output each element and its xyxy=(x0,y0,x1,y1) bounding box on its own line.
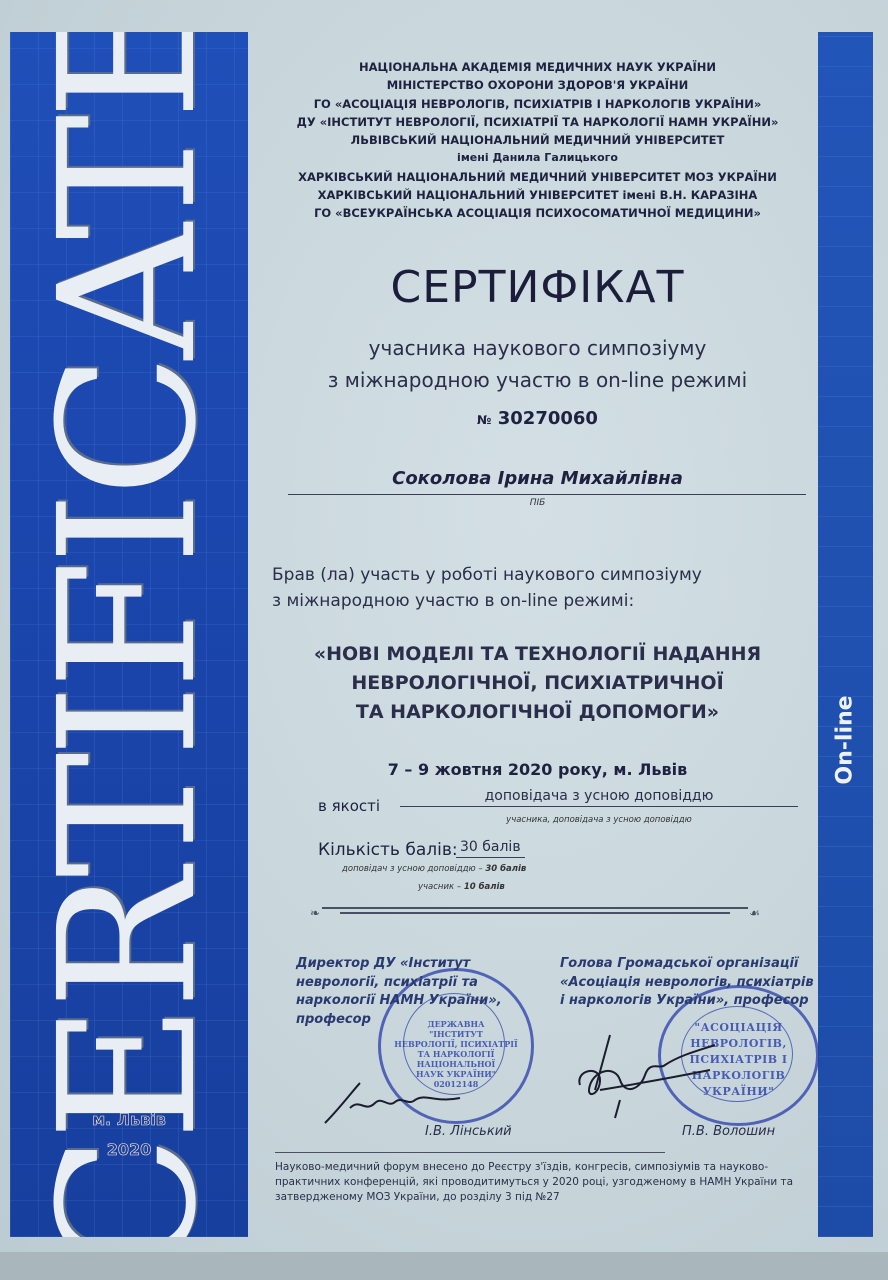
score-hint-points: 30 балів xyxy=(485,864,526,874)
online-label: On-line xyxy=(833,695,858,784)
right-signature xyxy=(570,1030,720,1120)
organization-line: ГО «ВСЕУКРАЇНСЬКА АСОЦІАЦІЯ ПСИХОСОМАТИЧ… xyxy=(260,204,815,222)
organization-line: ХАРКІВСЬКИЙ НАЦІОНАЛЬНИЙ МЕДИЧНИЙ УНІВЕР… xyxy=(260,168,815,186)
event-title: «НОВІ МОДЕЛІ ТА ТЕХНОЛОГІЇ НАДАННЯ НЕВРО… xyxy=(260,640,815,727)
organization-line: МІНІСТЕРСТВО ОХОРОНИ ЗДОРОВ'Я УКРАЇНИ xyxy=(260,76,815,94)
score-hint-text: учасник – xyxy=(418,882,464,892)
organization-line: ЛЬВІВСЬКИЙ НАЦІОНАЛЬНИЙ МЕДИЧНИЙ УНІВЕРС… xyxy=(260,131,815,149)
left-signatory-name: І.В. Лінський xyxy=(425,1124,512,1139)
stamp-line: НЕВРОЛОГІЇ, ПСИХІАТРІЇ xyxy=(381,1039,531,1049)
divider-line xyxy=(322,907,748,909)
participation-statement: Брав (ла) участь у роботі наукового симп… xyxy=(272,562,702,614)
role-label: в якості xyxy=(318,797,380,815)
organization-line: ГО «АСОЦІАЦІЯ НЕВРОЛОГІВ, ПСИХІАТРІВ І Н… xyxy=(260,95,815,113)
subtitle-line: учасника наукового симпозіуму xyxy=(260,332,815,364)
role-hint: учасника, доповідача з усною доповіддю xyxy=(400,815,798,825)
certificate-subtitle: учасника наукового симпозіуму з міжнарод… xyxy=(260,332,815,396)
right-decorative-strip: On-line xyxy=(818,32,873,1237)
divider-flourish-icon: ❧ xyxy=(310,906,320,920)
stamp-line: НАЦІОНАЛЬНОЇ xyxy=(381,1059,531,1069)
name-underline xyxy=(288,494,806,495)
signatory-title-line: професор xyxy=(296,1011,526,1030)
participation-line: Брав (ла) участь у роботі наукового симп… xyxy=(272,562,702,588)
certificate-number: № 30270060 xyxy=(260,408,815,429)
organizations-header: НАЦІОНАЛЬНА АКАДЕМІЯ МЕДИЧНИХ НАУК УКРАЇ… xyxy=(260,58,815,223)
score-value: 30 балів xyxy=(456,839,525,858)
footer-note: Науково-медичний форум внесено до Реєстр… xyxy=(275,1160,815,1205)
right-signatory-title: Голова Громадської організації «Асоціаці… xyxy=(560,955,860,1011)
footer-divider xyxy=(275,1152,665,1153)
event-title-line: «НОВІ МОДЕЛІ ТА ТЕХНОЛОГІЇ НАДАННЯ xyxy=(260,640,815,669)
event-date-place: 7 – 9 жовтня 2020 року, м. Львів xyxy=(260,760,815,779)
participation-line: з міжнародною участю в on-line режимі: xyxy=(272,588,702,614)
signatory-title-line: «Асоціація неврологів, психіатрів xyxy=(560,974,860,993)
signatory-title-line: Голова Громадської організації xyxy=(560,955,860,974)
score-hint-participant: учасник – 10 балів xyxy=(418,882,505,892)
event-title-line: НЕВРОЛОГІЧНОЇ, ПСИХІАТРИЧНОЇ xyxy=(260,669,815,698)
divider-line xyxy=(340,912,730,914)
left-decorative-panel: CERTIFICATE м. Львів 2020 xyxy=(10,32,248,1237)
number-symbol: № xyxy=(477,413,491,427)
signatory-title-line: неврології, психіатрії та xyxy=(296,974,526,993)
event-title-line: ТА НАРКОЛОГІЧНОЇ ДОПОМОГИ» xyxy=(260,698,815,727)
organization-line: НАЦІОНАЛЬНА АКАДЕМІЯ МЕДИЧНИХ НАУК УКРАЇ… xyxy=(260,58,815,76)
number-value: 30270060 xyxy=(498,408,598,429)
stamp-line: ТА НАРКОЛОГІЇ xyxy=(381,1049,531,1059)
right-signatory-name: П.В. Волошин xyxy=(682,1124,775,1139)
certificate-content: НАЦІОНАЛЬНА АКАДЕМІЯ МЕДИЧНИХ НАУК УКРАЇ… xyxy=(260,0,815,1280)
panel-year: 2020 xyxy=(10,1140,248,1159)
signatory-title-line: і наркологів України», професор xyxy=(560,992,860,1011)
blueprint-pattern xyxy=(818,32,873,1237)
role-value: доповідача з усною доповіддю xyxy=(400,788,798,807)
left-signatory-title: Директор ДУ «Інститут неврології, психіа… xyxy=(296,955,526,1029)
left-signature xyxy=(320,1078,470,1128)
score-hint-points: 10 балів xyxy=(464,882,505,892)
score-hint-text: доповідач з усною доповіддю – xyxy=(342,864,485,874)
subtitle-line: з міжнародною участю в on-line режимі xyxy=(260,364,815,396)
signatory-title-line: наркології НАМН України», xyxy=(296,992,526,1011)
certificate-vertical-title: CERTIFICATE xyxy=(35,32,223,1237)
recipient-caption: ПІБ xyxy=(260,498,815,508)
organization-line: ХАРКІВСЬКИЙ НАЦІОНАЛЬНИЙ УНІВЕРСИТЕТ іме… xyxy=(260,186,815,204)
score-hint-speaker: доповідач з усною доповіддю – 30 балів xyxy=(342,864,526,874)
ornamental-divider: ❧ ☙ xyxy=(310,905,760,915)
signatory-title-line: Директор ДУ «Інститут xyxy=(296,955,526,974)
organization-line: ДУ «ІНСТИТУТ НЕВРОЛОГІЇ, ПСИХІАТРІЇ ТА Н… xyxy=(260,113,815,131)
score-label: Кількість балів: xyxy=(318,840,458,860)
certificate-title: СЕРТИФІКАТ xyxy=(260,262,815,313)
organization-line: імені Данила Галицького xyxy=(260,149,815,167)
divider-flourish-icon: ☙ xyxy=(749,906,760,920)
recipient-name: Соколова Ірина Михайлівна xyxy=(260,468,815,489)
stamp-line: "ІНСТИТУТ xyxy=(381,1029,531,1039)
panel-city: м. Львів xyxy=(10,1110,248,1129)
